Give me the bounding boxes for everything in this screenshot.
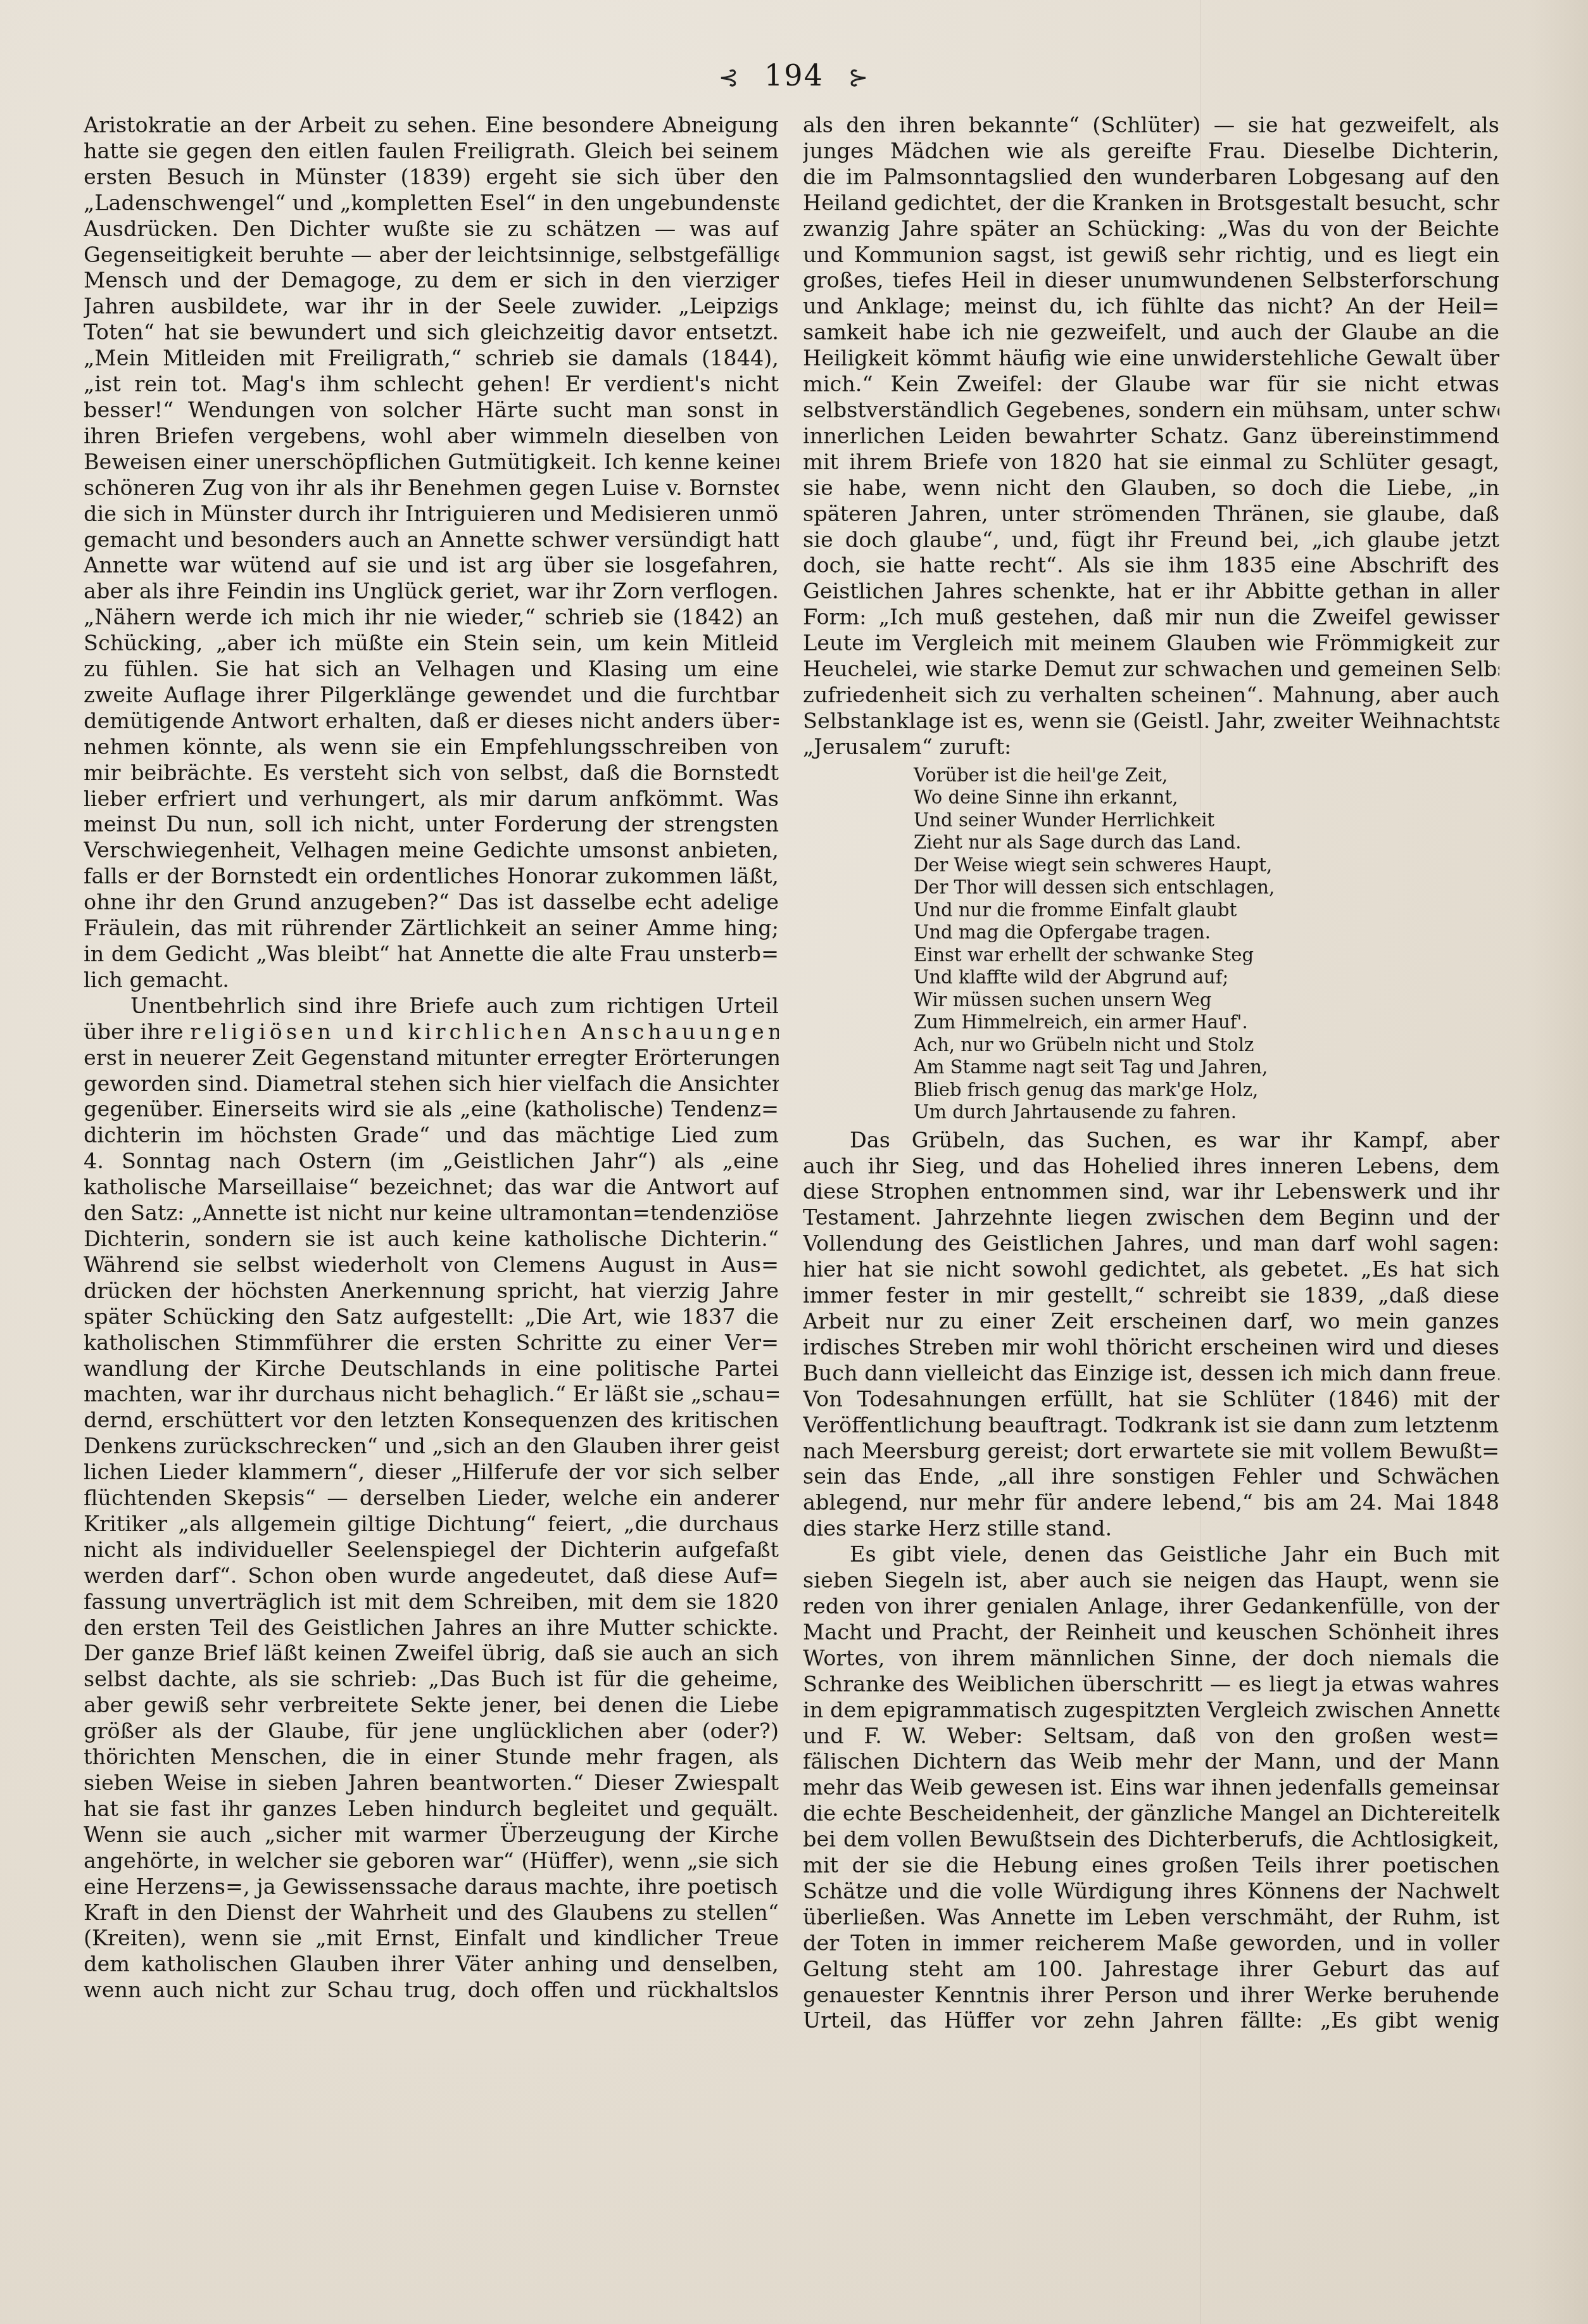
text-line: katholischen Stimmführer die ersten Schr… [84,1330,779,1356]
text-line: sieben Siegeln ist, aber auch sie neigen… [803,1568,1499,1594]
text-line: immer fester in mir gestellt,“ schreibt … [803,1283,1499,1309]
text-line: Annette war wütend auf sie und ist arg ü… [84,553,779,579]
text-line: über ihre religiösen und kirchlichen Ans… [84,1020,779,1045]
poem-verse-line: Zum Himmelreich, ein armer Hauf'. [914,1011,1499,1034]
text-line: selbstverständlich Gegebenes, sondern ei… [803,398,1499,424]
text-line: sie habe, wenn nicht den Glauben, so doc… [803,476,1499,502]
text-line: Buch dann vielleicht das Einzige ist, de… [803,1361,1499,1387]
paragraph-freiligrath-bornstedt: Aristokratie an der Arbeit zu sehen. Ein… [84,113,779,994]
text-line: selbst dachte, als sie schrieb: „Das Buc… [84,1667,779,1693]
text-line: geworden sind. Diametral stehen sich hie… [84,1071,779,1097]
text-line: als den ihren bekannte“ (Schlüter) — sie… [803,113,1499,139]
text-line: die im Palmsonntagslied den wunderbaren … [803,165,1499,191]
text-line: genauester Kenntnis ihrer Person und ihr… [803,1983,1499,2009]
text-line: gemacht und besonders auch an Annette sc… [84,527,779,553]
text-line: zu fühlen. Sie hat sich an Velhagen und … [84,657,779,683]
text-line: nicht als individueller Seelenspiegel de… [84,1538,779,1563]
text-line: Verschwiegenheit, Velhagen meine Gedicht… [84,838,779,864]
text-line: sein das Ende, „all ihre sonstigen Fehle… [803,1464,1499,1490]
text-line: Selbstanklage ist es, wenn sie (Geistl. … [803,709,1499,735]
text-line: mit ihrem Briefe von 1820 hat sie einmal… [803,450,1499,476]
text-line: meinst Du nun, soll ich nicht, unter For… [84,812,779,838]
text-line: Geltung steht am 100. Jahrestage ihrer G… [803,1957,1499,1983]
text-line: Denkens zurückschrecken“ und „sich an de… [84,1434,779,1460]
text-line: eine Herzens=, ja Gewissenssache daraus … [84,1874,779,1900]
text-line: die echte Bescheidenheit, der gänzliche … [803,1801,1499,1827]
text-line: Gegenseitigkeit beruhte — aber der leich… [84,243,779,268]
text-fragment: über ihre [84,1020,184,1044]
text-line: besser!“ Wendungen von solcher Härte suc… [84,398,779,424]
text-line: flüchtenden Skepsis“ — derselben Lieder,… [84,1486,779,1512]
text-line: zweite Auflage ihrer Pilgerklänge gewend… [84,683,779,709]
poem-verse-line: Der Thor will dessen sich entschlagen, [914,876,1499,899]
text-line: Heiland gedichtet, der die Kranken in Br… [803,191,1499,217]
text-line: demütigende Antwort erhalten, daß er die… [84,709,779,735]
poem-verse-line: Und nur die fromme Einfalt glaubt [914,899,1499,922]
ornament-right-icon: ⊱ [848,63,870,91]
poem-verse-line: Vorüber ist die heil'ge Zeit, [914,764,1499,787]
text-line: Ausdrücken. Den Dichter wußte sie zu sch… [84,217,779,243]
text-line: Während sie selbst wiederholt von Clemen… [84,1253,779,1279]
paragraph-geistliches-jahr: Das Grübeln, das Suchen, es war ihr Kamp… [803,1128,1499,1543]
ornament-left-icon: ⊰ [719,63,740,91]
text-line: „Ladenschwengel“ und „kompletten Esel“ i… [84,191,779,217]
text-line: „Nähern werde ich mich ihr nie wieder,“ … [84,605,779,631]
text-line: falls er der Bornstedt ein ordentliches … [84,864,779,890]
text-line: hatte sie gegen den eitlen faulen Freili… [84,139,779,165]
poem-verse-line: Ach, nur wo Grübeln nicht und Stolz [914,1034,1499,1057]
page-edge-shadow [1528,0,1588,2324]
text-line: Kraft in den Dienst der Wahrheit und des… [84,1900,779,1926]
text-line: Arbeit nur zu einer Zeit erscheinen darf… [803,1309,1499,1335]
text-line: in dem Gedicht „Was bleibt“ hat Annette … [84,942,779,968]
text-line: Urteil, das Hüffer vor zehn Jahren fällt… [803,2008,1499,2034]
text-line: dernd, erschüttert vor den letzten Konse… [84,1408,779,1434]
text-line: Heiligkeit kömmt häufig wie eine unwider… [803,346,1499,372]
text-line: Von Todesahnungen erfüllt, hat sie Schlü… [803,1387,1499,1413]
text-line: lichen Lieder klammern“, dieser „Hilferu… [84,1460,779,1486]
text-line: wenn auch nicht zur Schau trug, doch off… [84,1978,779,2004]
text-line: drücken der höchsten Anerkennung spricht… [84,1279,779,1304]
text-line: angehörte, in welcher sie geboren war“ (… [84,1848,779,1874]
poem-verse-line: Wo deine Sinne ihn erkannt, [914,786,1499,809]
emphasized-spaced-text: religiösen und kirchlichen Anschauungen, [190,1020,779,1044]
text-line: Geistlichen Jahres schenkte, hat er ihr … [803,579,1499,605]
text-line: Kritiker „als allgemein giltige Dichtung… [84,1512,779,1538]
text-line: aber als ihre Feindin ins Unglück geriet… [84,579,779,605]
text-line: dies starke Herz stille stand. [803,1516,1499,1542]
text-line: Beweisen einer unerschöpflichen Gutmütig… [84,450,779,476]
text-line: Veröffentlichung beauftragt. Todkrank is… [803,1413,1499,1439]
paragraph-religious-views: erst in neuerer Zeit Gegenstand mitunter… [84,1045,779,2004]
text-line: Fräulein, das mit rührender Zärtlichkeit… [84,916,779,942]
text-line: bei dem vollen Bewußtsein des Dichterber… [803,1827,1499,1853]
text-line: ablegend, nur mehr für andere lebend,“ b… [803,1490,1499,1516]
text-line: Vollendung des Geistlichen Jahres, und m… [803,1231,1499,1257]
text-line: fassung unverträglich ist mit dem Schrei… [84,1589,779,1615]
text-line: erst in neuerer Zeit Gegenstand mitunter… [84,1045,779,1071]
text-line: ihren Briefen vergebens, wohl aber wimme… [84,424,779,450]
text-line: Testament. Jahrzehnte liegen zwischen de… [803,1205,1499,1231]
text-line: Schranke des Weiblichen überschritt — es… [803,1672,1499,1698]
text-line: sieben Weise in sieben Jahren beantworte… [84,1771,779,1797]
paragraph-legacy: Es gibt viele, denen das Geistliche Jahr… [803,1542,1499,2034]
text-line: mich.“ Kein Zweifel: der Glaube war für … [803,372,1499,398]
poem-verse-line: Und mag die Opfergabe tragen. [914,921,1499,944]
poem-verse-line: Einst war erhellt der schwanke Steg [914,944,1499,967]
poem-verse-line: Der Weise wiegt sein schweres Haupt, [914,854,1499,877]
text-line: dem katholischen Glauben ihrer Väter anh… [84,1952,779,1978]
left-column: Aristokratie an der Arbeit zu sehen. Ein… [84,113,779,2004]
text-line: den Satz: „Annette ist nicht nur keine u… [84,1201,779,1227]
text-line: den ersten Teil des Geistlichen Jahres a… [84,1615,779,1641]
text-line: überließen. Was Annette im Leben verschm… [803,1905,1499,1931]
text-line: Form: „Ich muß gestehen, daß mir nun die… [803,605,1499,631]
text-line: nehmen könnte, als wenn sie ein Empfehlu… [84,735,779,761]
poem-verse-line: Blieb frisch genug das mark'ge Holz, [914,1079,1499,1102]
text-line: Leute im Vergleich mit meinem Glauben wi… [803,631,1499,657]
right-column: als den ihren bekannte“ (Schlüter) — sie… [803,113,1499,2034]
text-line: nach Meersburg gereist; dort erwartete s… [803,1439,1499,1465]
text-line: Toten“ hat sie bewundert und sich gleich… [84,320,779,346]
poem-verse-line: Zieht nur als Sage durch das Land. [914,831,1499,854]
text-line: Heuchelei, wie starke Demut zur schwache… [803,657,1499,683]
text-line: größer als der Glaube, für jene unglückl… [84,1719,779,1745]
poem-verse-line: Und klaffte wild der Abgrund auf; [914,966,1499,989]
text-line: fälischen Dichtern das Weib mehr der Man… [803,1749,1499,1775]
text-line: reden von ihrer genialen Anlage, ihrer G… [803,1594,1499,1620]
text-line: Schätze und die volle Würdigung ihres Kö… [803,1879,1499,1905]
paragraph-doubt: als den ihren bekannte“ (Schlüter) — sie… [803,113,1499,761]
text-line: katholische Marseillaise“ bezeichnet; da… [84,1175,779,1201]
text-line: lich gemacht. [84,968,779,994]
page-number: 194 [764,58,824,92]
text-line: gegenüber. Einerseits wird sie als „eine… [84,1097,779,1123]
text-line: „Mein Mitleiden mit Freiligrath,“ schrie… [84,346,779,372]
text-line: hier hat sie nicht sowohl gedichtet, als… [803,1257,1499,1283]
text-line: großes, tiefes Heil in dieser unumwunden… [803,268,1499,294]
text-line: auch ihr Sieg, und das Hohelied ihres in… [803,1154,1499,1180]
text-line: „Jerusalem“ zuruft: [803,735,1499,761]
text-line: Schücking, „aber ich müßte ein Stein sei… [84,631,779,657]
text-line: Wenn sie auch „sicher mit warmer Überzeu… [84,1822,779,1848]
text-line: hat sie fast ihr ganzes Leben hindurch b… [84,1797,779,1822]
text-line: ohne ihr den Grund anzugeben?“ Das ist d… [84,890,779,916]
text-line: Das Grübeln, das Suchen, es war ihr Kamp… [803,1128,1499,1154]
text-line: zufriedenheit sich zu verhalten scheinen… [803,683,1499,709]
text-line: dichterin im höchsten Grade“ und das mäc… [84,1123,779,1149]
poem-verse-line: Um durch Jahrtausende zu fahren. [914,1101,1499,1124]
text-line: (Kreiten), wenn sie „mit Ernst, Einfalt … [84,1926,779,1952]
text-line: sie doch glaube“, und, fügt ihr Freund b… [803,527,1499,553]
text-line: Es gibt viele, denen das Geistliche Jahr… [803,1542,1499,1568]
text-line: Dichterin, sondern sie ist auch keine ka… [84,1227,779,1253]
text-line: in dem epigrammatisch zugespitzten Vergl… [803,1698,1499,1724]
text-line: innerlichen Leiden bewahrter Schatz. Gan… [803,424,1499,450]
text-line: und F. W. Weber: Seltsam, daß von den gr… [803,1724,1499,1750]
text-line: später Schücking den Satz aufgestellt: „… [84,1304,779,1330]
text-line: und Kommunion sagst, ist gewiß sehr rich… [803,243,1499,268]
text-line: „ist rein tot. Mag's ihm schlecht gehen!… [84,372,779,398]
text-line: der Toten in immer reicherem Maße geword… [803,1931,1499,1957]
text-line: samkeit habe ich nie gezweifelt, und auc… [803,320,1499,346]
text-line: mir beibrächte. Es versteht sich von sel… [84,761,779,786]
poem-verse-line: Wir müssen suchen unsern Weg [914,989,1499,1012]
text-line: mehr das Weib gewesen ist. Eins war ihne… [803,1775,1499,1801]
text-line: Der ganze Brief läßt keinen Zweifel übri… [84,1641,779,1667]
text-line: 4. Sonntag nach Ostern (im „Geistlichen … [84,1149,779,1175]
text-line: Mensch und der Demagoge, zu dem er sich … [84,268,779,294]
text-line: die sich in Münster durch ihr Intriguier… [84,502,779,527]
text-line: machten, war ihr durchaus nicht behaglic… [84,1382,779,1408]
text-line: aber gewiß sehr verbreitete Sekte jener,… [84,1693,779,1719]
text-line: junges Mädchen wie als gereifte Frau. Di… [803,139,1499,165]
text-line: lieber erfriert und verhungert, als mir … [84,786,779,812]
poem-verse-line: Und seiner Wunder Herrlichkeit [914,809,1499,832]
text-line: zwanzig Jahre später an Schücking: „Was … [803,217,1499,243]
text-line: Wortes, von ihrem männlichen Sinne, der … [803,1646,1499,1672]
text-line: diese Strophen entnommen sind, war ihr L… [803,1179,1499,1205]
page-number-header: ⊰ 194 ⊱ [0,58,1588,92]
text-line: Jahren ausbildete, war ihr in der Seele … [84,294,779,320]
text-line: späteren Jahren, unter strömenden Thräne… [803,502,1499,527]
text-line: irdisches Streben mir wohl thöricht ersc… [803,1335,1499,1361]
text-line: doch, sie hatte recht“. Als sie ihm 1835… [803,553,1499,579]
text-line: thörichten Menschen, die in einer Stunde… [84,1745,779,1771]
text-line: Aristokratie an der Arbeit zu sehen. Ein… [84,113,779,139]
text-line: werden darf“. Schon oben wurde angedeute… [84,1563,779,1589]
poem-verse-line: Am Stamme nagt seit Tag und Jahren, [914,1056,1499,1079]
text-line: wandlung der Kirche Deutschlands in eine… [84,1356,779,1382]
poem-jerusalem: Vorüber ist die heil'ge Zeit,Wo deine Si… [803,764,1499,1124]
text-line: ersten Besuch in Münster (1839) ergeht s… [84,165,779,191]
text-line: schöneren Zug von ihr als ihr Benehmen g… [84,476,779,502]
text-line: mit der sie die Hebung eines großen Teil… [803,1853,1499,1879]
text-line: Unentbehrlich sind ihre Briefe auch zum … [84,994,779,1020]
text-line: und Anklage; meinst du, ich fühlte das n… [803,294,1499,320]
text-line: Macht und Pracht, der Reinheit und keusc… [803,1620,1499,1646]
